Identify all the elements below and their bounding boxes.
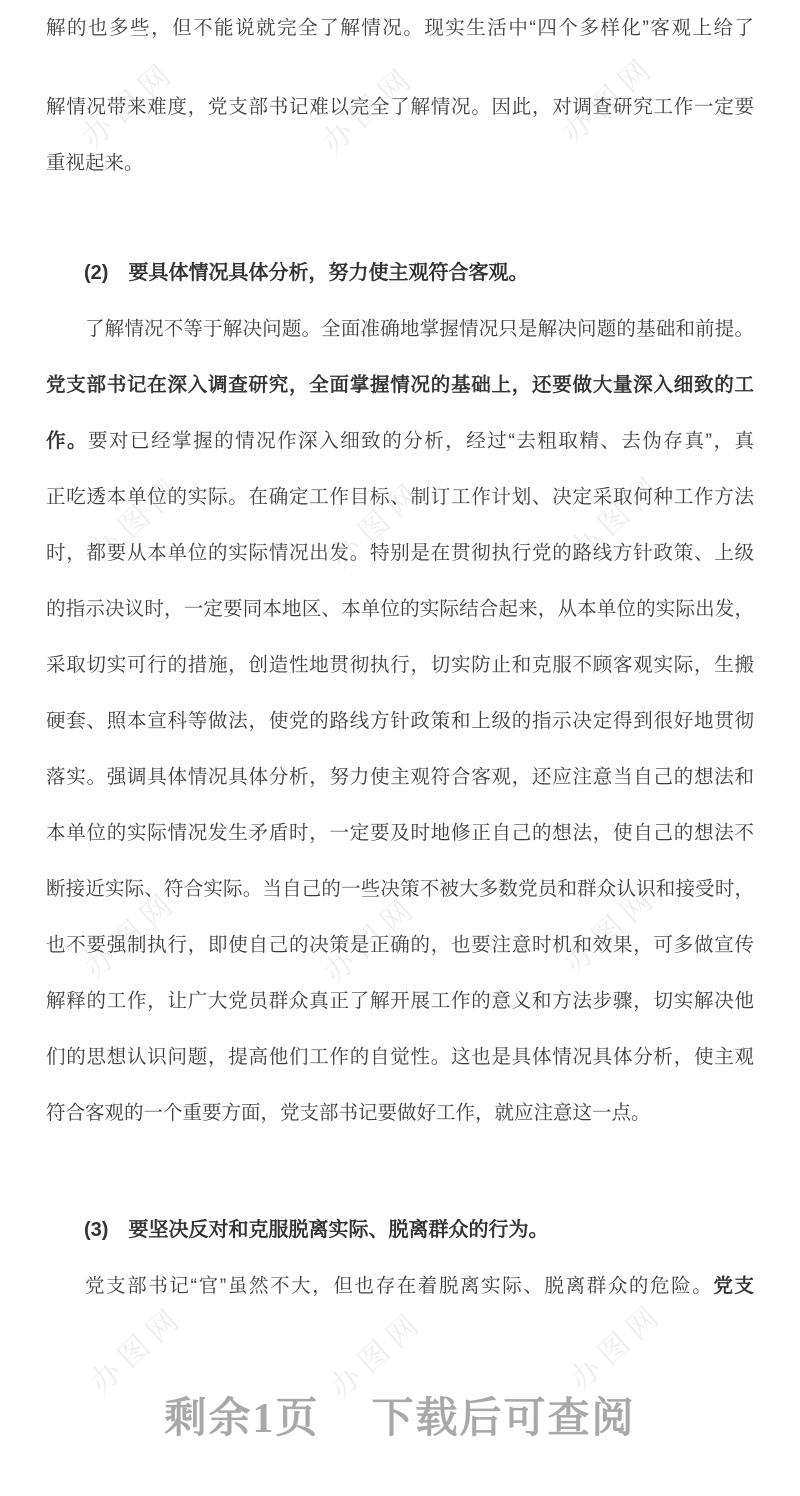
remaining-pages-label: 剩余1页 bbox=[164, 1396, 319, 1442]
text-line: 也不要强制执行，即使自己的决策是正确的，也要注意时机和效果，可多做宣传 bbox=[46, 917, 754, 973]
bold-text-segment: 党支 bbox=[713, 1275, 754, 1297]
text-line: 解的也多些，但不能说就完全了解情况。现实生活中“四个多样化”客观上给了 bbox=[46, 0, 754, 56]
text-line: 落实。强调具体情况具体分析，努力使主观符合客观，还应注意当自己的想法和 bbox=[46, 749, 754, 805]
text-segment: 解的也多些，但不能说就完全了解情况。现实生活中“四个多样化”客观上给了 bbox=[46, 17, 754, 39]
text-line: 正吃透本单位的实际。在确定工作目标、制订工作计划、决定采取何种工作方法 bbox=[46, 469, 754, 525]
text-line: (3) 要坚决反对和克服脱离实际、脱离群众的行为。 bbox=[46, 1202, 754, 1258]
text-line: 解情况带来难度，党支部书记难以完全了解情况。因此，对调查研究工作一定要 bbox=[46, 79, 754, 135]
text-line: 解释的工作，让广大党员群众真正了解开展工作的意义和方法步骤，切实解决他 bbox=[46, 973, 754, 1029]
text-line: 了解情况不等于解决问题。全面准确地掌握情况只是解决问题的基础和前提。 bbox=[46, 301, 754, 357]
text-segment: 硬套、照本宣科等做法，使党的路线方针政策和上级的指示决定得到很好地贯彻 bbox=[46, 710, 754, 732]
text-line: 重视起来。 bbox=[46, 135, 754, 191]
text-segment: 采取切实可行的措施，创造性地贯彻执行，切实防止和克服不顾客观实际，生搬 bbox=[46, 654, 754, 676]
download-hint-label: 下载后可查阅 bbox=[372, 1396, 636, 1442]
text-segment: 重视起来。 bbox=[46, 152, 144, 174]
text-segment: 要对已经掌握的情况作深入细致的分析，经过“去粗取精、去伪存真”，真 bbox=[88, 430, 754, 452]
text-segment: 本单位的实际情况发生矛盾时，一定要及时地修正自己的想法，使自己的想法不 bbox=[46, 822, 754, 844]
document-page: 办图网办图网办图网办图网办图网办图网办图网办图网办图网办图网办图网办图网 解的也… bbox=[0, 0, 800, 1496]
text-line: 的指示决议时，一定要同本地区、本单位的实际结合起来，从本单位的实际出发， bbox=[46, 581, 754, 637]
paragraph: 了解情况不等于解决问题。全面准确地掌握情况只是解决问题的基础和前提。党支部书记在… bbox=[46, 301, 754, 1141]
text-segment: 落实。强调具体情况具体分析，努力使主观符合客观，还应注意当自己的想法和 bbox=[46, 766, 754, 788]
text-segment: 也不要强制执行，即使自己的决策是正确的，也要注意时机和效果，可多做宣传 bbox=[46, 934, 754, 956]
text-segment: 断接近实际、符合实际。当自己的一些决策不被大多数党员和群众认识和接受时， bbox=[46, 878, 754, 900]
text-line: 作。要对已经掌握的情况作深入细致的分析，经过“去粗取精、去伪存真”，真 bbox=[46, 413, 754, 469]
text-line: 们的思想认识问题，提高他们工作的自觉性。这也是具体情况具体分析，使主观 bbox=[46, 1029, 754, 1085]
text-line: 本单位的实际情况发生矛盾时，一定要及时地修正自己的想法，使自己的想法不 bbox=[46, 805, 754, 861]
paragraph: 党支部书记“官”虽然不大，但也存在着脱离实际、脱离群众的危险。党支 bbox=[46, 1258, 754, 1314]
text-line: 符合客观的一个重要方面，党支部书记要做好工作，就应注意这一点。 bbox=[46, 1085, 754, 1141]
text-line: 断接近实际、符合实际。当自己的一些决策不被大多数党员和群众认识和接受时， bbox=[46, 861, 754, 917]
text-segment: 解情况带来难度，党支部书记难以完全了解情况。因此，对调查研究工作一定要 bbox=[46, 96, 754, 118]
bold-text-segment: (2) 要具体情况具体分析，努力使主观符合客观。 bbox=[84, 262, 528, 284]
text-segment: 了解情况不等于解决问题。全面准确地掌握情况只是解决问题的基础和前提。 bbox=[85, 318, 754, 340]
text-segment: 时，都要从本单位的实际情况出发。特别是在贯彻执行党的路线方针政策、上级 bbox=[46, 542, 754, 564]
paragraph: 解情况带来难度，党支部书记难以完全了解情况。因此，对调查研究工作一定要重视起来。 bbox=[46, 79, 754, 191]
section-heading: (2) 要具体情况具体分析，努力使主观符合客观。 bbox=[46, 245, 754, 301]
bold-text-segment: 党支部书记在深入调查研究，全面掌握情况的基础上，还要做大量深入细致的工 bbox=[46, 374, 754, 396]
text-line: 采取切实可行的措施，创造性地贯彻执行，切实防止和克服不顾客观实际，生搬 bbox=[46, 637, 754, 693]
text-segment: 党支部书记“官”虽然不大，但也存在着脱离实际、脱离群众的危险。 bbox=[85, 1275, 713, 1297]
text-line: 硬套、照本宣科等做法，使党的路线方针政策和上级的指示决定得到很好地贯彻 bbox=[46, 693, 754, 749]
text-segment: 解释的工作，让广大党员群众真正了解开展工作的意义和方法步骤，切实解决他 bbox=[46, 990, 754, 1012]
document-body: 解的也多些，但不能说就完全了解情况。现实生活中“四个多样化”客观上给了解情况带来… bbox=[46, 0, 754, 1314]
text-segment: 符合客观的一个重要方面，党支部书记要做好工作，就应注意这一点。 bbox=[46, 1102, 651, 1124]
text-line: 党支部书记在深入调查研究，全面掌握情况的基础上，还要做大量深入细致的工 bbox=[46, 357, 754, 413]
section-heading: (3) 要坚决反对和克服脱离实际、脱离群众的行为。 bbox=[46, 1202, 754, 1258]
text-line: (2) 要具体情况具体分析，努力使主观符合客观。 bbox=[46, 245, 754, 301]
text-line: 时，都要从本单位的实际情况出发。特别是在贯彻执行党的路线方针政策、上级 bbox=[46, 525, 754, 581]
text-segment: 正吃透本单位的实际。在确定工作目标、制订工作计划、决定采取何种工作方法 bbox=[46, 486, 754, 508]
text-segment: 的指示决议时，一定要同本地区、本单位的实际结合起来，从本单位的实际出发， bbox=[46, 598, 754, 620]
bold-text-segment: (3) 要坚决反对和克服脱离实际、脱离群众的行为。 bbox=[84, 1219, 548, 1241]
bold-text-segment: 作。 bbox=[46, 430, 88, 452]
paragraph: 解的也多些，但不能说就完全了解情况。现实生活中“四个多样化”客观上给了 bbox=[46, 0, 754, 56]
page-footer: 剩余1页下载后可查阅 bbox=[0, 1389, 800, 1449]
text-line: 党支部书记“官”虽然不大，但也存在着脱离实际、脱离群众的危险。党支 bbox=[46, 1258, 754, 1314]
text-segment: 们的思想认识问题，提高他们工作的自觉性。这也是具体情况具体分析，使主观 bbox=[46, 1046, 754, 1068]
